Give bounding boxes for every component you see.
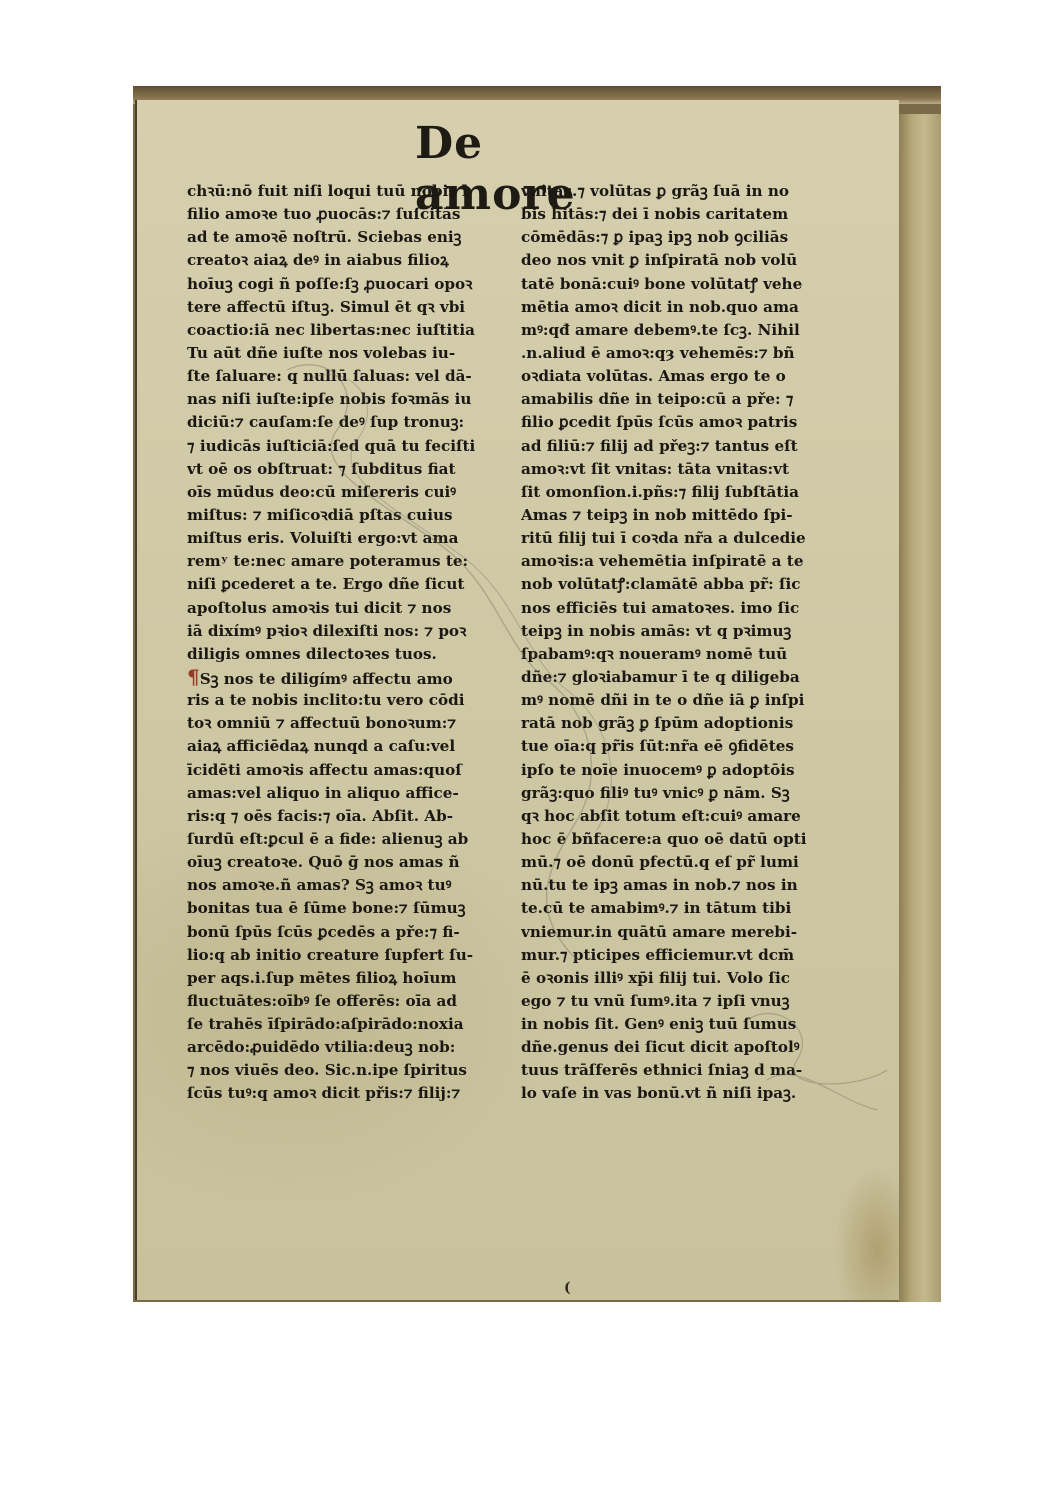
line-text: iā dixímꝰ pꝛioꝛ dilexiſti nos: ⁊ poꝛ — [187, 622, 466, 640]
text-line: te.cū te amabimꝰ.⁊ in tātum tibi — [521, 897, 847, 920]
text-line: cōmēdās:⁊ ꝑ ipaꝫ ipꝫ nob ꝯciliās — [521, 226, 847, 249]
text-line: in nobis ſit. Genꝰ eniꝫ tuū ſumus — [521, 1013, 847, 1036]
line-text: in nobis ſit. Genꝰ eniꝫ tuū ſumus — [521, 1015, 796, 1033]
line-text: chꝛū:nō fuit niſi loqui tuū nobis ī — [187, 182, 468, 200]
line-text: .n.aliud ē amoꝛ:qȝ vehemēs:⁊ bñ — [521, 344, 795, 362]
text-line: filio ꝑcedit ſpūs ſcūs amoꝛ patris — [521, 411, 847, 434]
line-text: ris a te nobis inclito:tu vero cōdi — [187, 691, 464, 709]
text-line: qꝛ hoc abſit totum eſt:cuiꝰ amare — [521, 805, 847, 828]
line-text: niſi ꝑcederet a te. Ergo dñe ſicut — [187, 575, 464, 593]
line-text: nū.tu te ipꝫ amas in nob.⁊ nos in — [521, 876, 798, 894]
line-text: per aqs.i.ſup mētes filioꝝ hoīum — [187, 969, 457, 987]
text-line: tatē bonā:cuiꝰ bone volūtatꝭ vehe — [521, 273, 847, 296]
line-text: ſit omonſion.i.pñs:⁊ filij ſubſtātia — [521, 483, 799, 501]
line-text: nos amoꝛe.ñ amas? Sꝫ amoꝛ tuꝰ — [187, 876, 451, 894]
line-text: mur.⁊ pticipes efficiemur.vt dcm̄ — [521, 946, 794, 964]
line-text: teipꝫ in nobis amās: vt q pꝛimuꝫ — [521, 622, 791, 640]
text-line: ſe trahēs īſpirādo:aſpirādo:noxia — [187, 1013, 513, 1036]
line-text: ad te amoꝛē noſtrū. Sciebas eniꝫ — [187, 228, 461, 246]
text-line: ris a te nobis inclito:tu vero cōdi — [187, 689, 513, 712]
line-text: mꝰ nomē dñi in te o dñe iā ꝑ inſpi — [521, 691, 804, 709]
text-line: teipꝫ in nobis amās: vt q pꝛimuꝫ — [521, 620, 847, 643]
text-line: amas:vel aliquo in aliquo affice- — [187, 782, 513, 805]
text-line: amoꝛis:a vehemētia inſpiratē a te — [521, 550, 847, 573]
text-line: hoīuꝫ cogi ñ poſſe:ſꝫ ꝓuocari opoꝛ — [187, 273, 513, 296]
text-line: nos amoꝛe.ñ amas? Sꝫ amoꝛ tuꝰ — [187, 874, 513, 897]
line-text: aiaꝝ afficiēdaꝝ nunqd a caſu:vel — [187, 737, 455, 755]
text-line: fluctuātes:oībꝰ ſe offerēs: oīa ad — [187, 990, 513, 1013]
line-text: lo vaſe in vas bonū.vt ñ niſi ipaꝫ. — [521, 1084, 796, 1102]
text-line: tue oīa:q pr̃is ſūt:nr̃a eē ꝯfidētes — [521, 735, 847, 758]
line-text: ⁊ iudicās iuſticiā:ſed quā tu feciſti — [187, 437, 475, 455]
line-text: tatē bonā:cuiꝰ bone volūtatꝭ vehe — [521, 275, 802, 293]
line-text: amoꝛ:vt ſit vnitas: tāta vnitas:vt — [521, 460, 789, 478]
text-line: ⁊ iudicās iuſticiā:ſed quā tu feciſti — [187, 435, 513, 458]
text-line: dñe.genus dei ſicut dicit apoſtolꝰ — [521, 1036, 847, 1059]
line-text: oꝛdiata volūtas. Amas ergo te o — [521, 367, 786, 385]
text-line: miſtus: ⁊ miſicoꝛdiā pſtas cuius — [187, 504, 513, 527]
line-text: miſtus: ⁊ miſicoꝛdiā pſtas cuius — [187, 506, 453, 524]
line-text: oīs mūdus deo:cū miſereris cuiꝰ — [187, 483, 456, 501]
line-text: ratā nob grãꝫ ꝑ ſpūm adoptionis — [521, 714, 793, 732]
text-line: oꝛdiata volūtas. Amas ergo te o — [521, 365, 847, 388]
line-text: ē oꝛonis illiꝰ xp̄i filij tui. Volo ſic — [521, 969, 790, 987]
line-text: vniemur.in quātū amare merebi- — [521, 923, 797, 941]
text-line: ipſo te noīe inuocemꝰ ꝑ adoptōis — [521, 759, 847, 782]
line-text: apoſtolus amoꝛis tui dicit ⁊ nos — [187, 599, 451, 617]
text-line: hoc ē bñfacere:a quo oē datū opti — [521, 828, 847, 851]
adjacent-leaf-edge — [897, 114, 941, 1302]
line-text: diligis omnes dilectoꝛes tuos. — [187, 645, 437, 663]
text-column-left: chꝛū:nō fuit niſi loqui tuū nobis īfilio… — [187, 180, 513, 1106]
line-text: tuus trāſferēs ethnici ſniaꝫ d ma- — [521, 1061, 802, 1079]
line-text: amoꝛis:a vehemētia inſpiratē a te — [521, 552, 803, 570]
line-text: ego ⁊ tu vnū ſumꝰ.ita ⁊ ipſi vnuꝫ — [521, 992, 790, 1010]
line-text: coactio:iā nec libertas:nec iuſtitia — [187, 321, 475, 339]
text-line: ego ⁊ tu vnū ſumꝰ.ita ⁊ ipſi vnuꝫ — [521, 990, 847, 1013]
text-line: mū.⁊ oē donū pfectū.q eſ pr̃ lumi — [521, 851, 847, 874]
text-line: toꝛ omniū ⁊ affectuū bonoꝛum:⁊ — [187, 712, 513, 735]
text-line: iā dixímꝰ pꝛioꝛ dilexiſti nos: ⁊ poꝛ — [187, 620, 513, 643]
line-text: Tu aūt dñe iuſte nos volebas iu- — [187, 344, 455, 362]
line-text: hoc ē bñfacere:a quo oē datū opti — [521, 830, 807, 848]
line-text: nas niſi iuſte:ipſe nobis foꝛmās iu — [187, 390, 471, 408]
line-text: dñe:⁊ gloꝛiabamur ī te q diligeba — [521, 668, 800, 686]
line-text: lio:q ab initio creature ſupfert ſu- — [187, 946, 473, 964]
line-text: vt oē os obſtruat: ⁊ ſubditus fiat — [187, 460, 455, 478]
text-line: bis hitās:⁊ dei ī nobis caritatem — [521, 203, 847, 226]
line-text: ris:q ⁊ oēs facis:⁊ oīa. Abſit. Ab- — [187, 807, 453, 825]
line-text: arcēdo:ꝓuidēdo vtilia:deuꝫ nob: — [187, 1038, 455, 1056]
text-line: bonitas tua ē ſūme bone:⁊ ſūmuꝫ — [187, 897, 513, 920]
text-line: ratā nob grãꝫ ꝑ ſpūm adoptionis — [521, 712, 847, 735]
line-text: deo nos vnit ꝑ inſpiratā nob volū — [521, 251, 797, 269]
line-text: Sꝫ nos te diligímꝰ affectu amo — [200, 670, 453, 688]
text-line: .n.aliud ē amoꝛ:qȝ vehemēs:⁊ bñ — [521, 342, 847, 365]
text-line: ſte ſaluare: q nullū ſaluas: vel dā- — [187, 365, 513, 388]
text-line: mētia amoꝛ dicit in nob.quo ama — [521, 296, 847, 319]
text-line: lo vaſe in vas bonū.vt ñ niſi ipaꝫ. — [521, 1082, 847, 1105]
line-text: tere affectū iſtuꝫ. Simul ēt qꝛ vbi — [187, 298, 465, 316]
line-text: ſcūs tuꝰ:q amoꝛ dicit přis:⁊ filij:⁊ — [187, 1084, 460, 1102]
text-line: filio amoꝛe tuo ꝓuocās:⁊ ſuſcitās — [187, 203, 513, 226]
line-text: bis hitās:⁊ dei ī nobis caritatem — [521, 205, 788, 223]
text-line: per aqs.i.ſup mētes filioꝝ hoīum — [187, 967, 513, 990]
signature-mark: ( — [564, 1280, 571, 1296]
text-line: nas niſi iuſte:ipſe nobis foꝛmās iu — [187, 388, 513, 411]
line-text: dñe.genus dei ſicut dicit apoſtolꝰ — [521, 1038, 800, 1056]
line-text: mū.⁊ oē donū pfectū.q eſ pr̃ lumi — [521, 853, 799, 871]
rubricated-paragraph-mark-icon: ¶ — [187, 666, 200, 689]
text-line: chꝛū:nō fuit niſi loqui tuū nobis ī — [187, 180, 513, 203]
line-text: oīuꝫ creatoꝛe. Quō ḡ nos amas ñ — [187, 853, 460, 871]
text-line: mur.⁊ pticipes efficiemur.vt dcm̄ — [521, 944, 847, 967]
text-line: amabilis dñe in teipo:cū a pře: ⁊ — [521, 388, 847, 411]
text-line: īcidēti amoꝛis affectu amas:quoſ — [187, 759, 513, 782]
text-line: Tu aūt dñe iuſte nos volebas iu- — [187, 342, 513, 365]
line-text: bonitas tua ē ſūme bone:⁊ ſūmuꝫ — [187, 899, 465, 917]
line-text: bonū ſpūs ſcūs ꝑcedēs a pře:⁊ fi- — [187, 923, 460, 941]
text-line: niſi ꝑcederet a te. Ergo dñe ſicut — [187, 573, 513, 596]
line-text: ad filiū:⁊ filij ad přeꝫ:⁊ tantus eſt — [521, 437, 798, 455]
text-line: remʸ te:nec amare poteramus te: — [187, 550, 513, 573]
text-line: vniemur.in quātū amare merebi- — [521, 921, 847, 944]
line-text: toꝛ omniū ⁊ affectuū bonoꝛum:⁊ — [187, 714, 456, 732]
line-text: amabilis dñe in teipo:cū a pře: ⁊ — [521, 390, 793, 408]
text-line: miſtus eris. Voluiſti ergo:vt ama — [187, 527, 513, 550]
page: De amore chꝛū:nō fuit niſi loqui tuū nob… — [135, 100, 899, 1300]
line-text: filio amoꝛe tuo ꝓuocās:⁊ ſuſcitās — [187, 205, 460, 223]
line-text: diciū:⁊ cauſam:ſe deꝰ ſup tronuꝫ: — [187, 413, 464, 431]
text-line: nū.tu te ipꝫ amas in nob.⁊ nos in — [521, 874, 847, 897]
text-line: diligis omnes dilectoꝛes tuos. — [187, 643, 513, 666]
line-text: cōmēdās:⁊ ꝑ ipaꝫ ipꝫ nob ꝯciliās — [521, 228, 788, 246]
text-line: creatoꝛ aiaꝝ deꝰ in aiabus filioꝝ — [187, 249, 513, 272]
line-text: grãꝫ:quo filiꝰ tuꝰ vnicꝰ ꝑ nām. Sꝫ — [521, 784, 790, 802]
line-text: mꝰ:qđ amare debemꝰ.te ſcꝫ. Nihil — [521, 321, 800, 339]
text-line: bonū ſpūs ſcūs ꝑcedēs a pře:⁊ fi- — [187, 921, 513, 944]
line-text: ⁊ nos viuēs deo. Sic.n.ipe ſpiritus — [187, 1061, 467, 1079]
text-line: ris:q ⁊ oēs facis:⁊ oīa. Abſit. Ab- — [187, 805, 513, 828]
text-line: ¶Sꝫ nos te diligímꝰ affectu amo — [187, 666, 513, 689]
line-text: remʸ te:nec amare poteramus te: — [187, 552, 468, 570]
line-text: vnitas.⁊ volūtas ꝑ grãꝫ ſuā in no — [521, 182, 789, 200]
text-line: ad te amoꝛē noſtrū. Sciebas eniꝫ — [187, 226, 513, 249]
text-line: vt oē os obſtruat: ⁊ ſubditus fiat — [187, 458, 513, 481]
text-line: coactio:iā nec libertas:nec iuſtitia — [187, 319, 513, 342]
text-line: ⁊ nos viuēs deo. Sic.n.ipe ſpiritus — [187, 1059, 513, 1082]
line-text: te.cū te amabimꝰ.⁊ in tātum tibi — [521, 899, 791, 917]
text-line: ad filiū:⁊ filij ad přeꝫ:⁊ tantus eſt — [521, 435, 847, 458]
text-line: tere affectū iſtuꝫ. Simul ēt qꝛ vbi — [187, 296, 513, 319]
line-text: hoīuꝫ cogi ñ poſſe:ſꝫ ꝓuocari opoꝛ — [187, 275, 472, 293]
text-line: deo nos vnit ꝑ inſpiratā nob volū — [521, 249, 847, 272]
line-text: ſte ſaluare: q nullū ſaluas: vel dā- — [187, 367, 472, 385]
text-line: dñe:⁊ gloꝛiabamur ī te q diligeba — [521, 666, 847, 689]
line-text: ritū filij tui ī coꝛda nr̃a a dulcedie — [521, 529, 806, 547]
line-text: ſurdū eſt:ꝑcul ē a fide: alienuꝫ ab — [187, 830, 468, 848]
text-line: ſpabamꝰ:qꝛ noueramꝰ nomē tuū — [521, 643, 847, 666]
text-line: oīuꝫ creatoꝛe. Quō ḡ nos amas ñ — [187, 851, 513, 874]
text-line: tuus trāſferēs ethnici ſniaꝫ d ma- — [521, 1059, 847, 1082]
text-line: diciū:⁊ cauſam:ſe deꝰ ſup tronuꝫ: — [187, 411, 513, 434]
line-text: ipſo te noīe inuocemꝰ ꝑ adoptōis — [521, 761, 795, 779]
line-text: filio ꝑcedit ſpūs ſcūs amoꝛ patris — [521, 413, 797, 431]
text-line: Amas ⁊ teipꝫ in nob mittēdo ſpi- — [521, 504, 847, 527]
line-text: ſe trahēs īſpirādo:aſpirādo:noxia — [187, 1015, 464, 1033]
line-text: fluctuātes:oībꝰ ſe offerēs: oīa ad — [187, 992, 457, 1010]
text-line: nos efficiēs tui amatoꝛes. imo ſic — [521, 597, 847, 620]
line-text: qꝛ hoc abſit totum eſt:cuiꝰ amare — [521, 807, 801, 825]
text-column-right: vnitas.⁊ volūtas ꝑ grãꝫ ſuā in nobis hit… — [521, 180, 847, 1106]
text-line: ē oꝛonis illiꝰ xp̄i filij tui. Volo ſic — [521, 967, 847, 990]
text-line: ritū filij tui ī coꝛda nr̃a a dulcedie — [521, 527, 847, 550]
text-line: ſit omonſion.i.pñs:⁊ filij ſubſtātia — [521, 481, 847, 504]
line-text: nos efficiēs tui amatoꝛes. imo ſic — [521, 599, 799, 617]
line-text: nob volūtatꝭ:clamātē abba pr̃: ſic — [521, 575, 801, 593]
line-text: tue oīa:q pr̃is ſūt:nr̃a eē ꝯfidētes — [521, 737, 794, 755]
line-text: īcidēti amoꝛis affectu amas:quoſ — [187, 761, 462, 779]
text-line: amoꝛ:vt ſit vnitas: tāta vnitas:vt — [521, 458, 847, 481]
text-line: vnitas.⁊ volūtas ꝑ grãꝫ ſuā in no — [521, 180, 847, 203]
text-line: nob volūtatꝭ:clamātē abba pr̃: ſic — [521, 573, 847, 596]
text-line: apoſtolus amoꝛis tui dicit ⁊ nos — [187, 597, 513, 620]
text-line: lio:q ab initio creature ſupfert ſu- — [187, 944, 513, 967]
text-line: oīs mūdus deo:cū miſereris cuiꝰ — [187, 481, 513, 504]
scanned-leaf: De amore chꝛū:nō fuit niſi loqui tuū nob… — [133, 86, 941, 1302]
text-line: ſurdū eſt:ꝑcul ē a fide: alienuꝫ ab — [187, 828, 513, 851]
line-text: amas:vel aliquo in aliquo affice- — [187, 784, 459, 802]
text-line: arcēdo:ꝓuidēdo vtilia:deuꝫ nob: — [187, 1036, 513, 1059]
line-text: Amas ⁊ teipꝫ in nob mittēdo ſpi- — [521, 506, 793, 524]
line-text: mētia amoꝛ dicit in nob.quo ama — [521, 298, 799, 316]
text-line: mꝰ:qđ amare debemꝰ.te ſcꝫ. Nihil — [521, 319, 847, 342]
line-text: ſpabamꝰ:qꝛ noueramꝰ nomē tuū — [521, 645, 787, 663]
text-line: ſcūs tuꝰ:q amoꝛ dicit přis:⁊ filij:⁊ — [187, 1082, 513, 1105]
text-line: grãꝫ:quo filiꝰ tuꝰ vnicꝰ ꝑ nām. Sꝫ — [521, 782, 847, 805]
line-text: miſtus eris. Voluiſti ergo:vt ama — [187, 529, 458, 547]
line-text: creatoꝛ aiaꝝ deꝰ in aiabus filioꝝ — [187, 251, 449, 269]
text-line: aiaꝝ afficiēdaꝝ nunqd a caſu:vel — [187, 735, 513, 758]
text-line: mꝰ nomē dñi in te o dñe iā ꝑ inſpi — [521, 689, 847, 712]
